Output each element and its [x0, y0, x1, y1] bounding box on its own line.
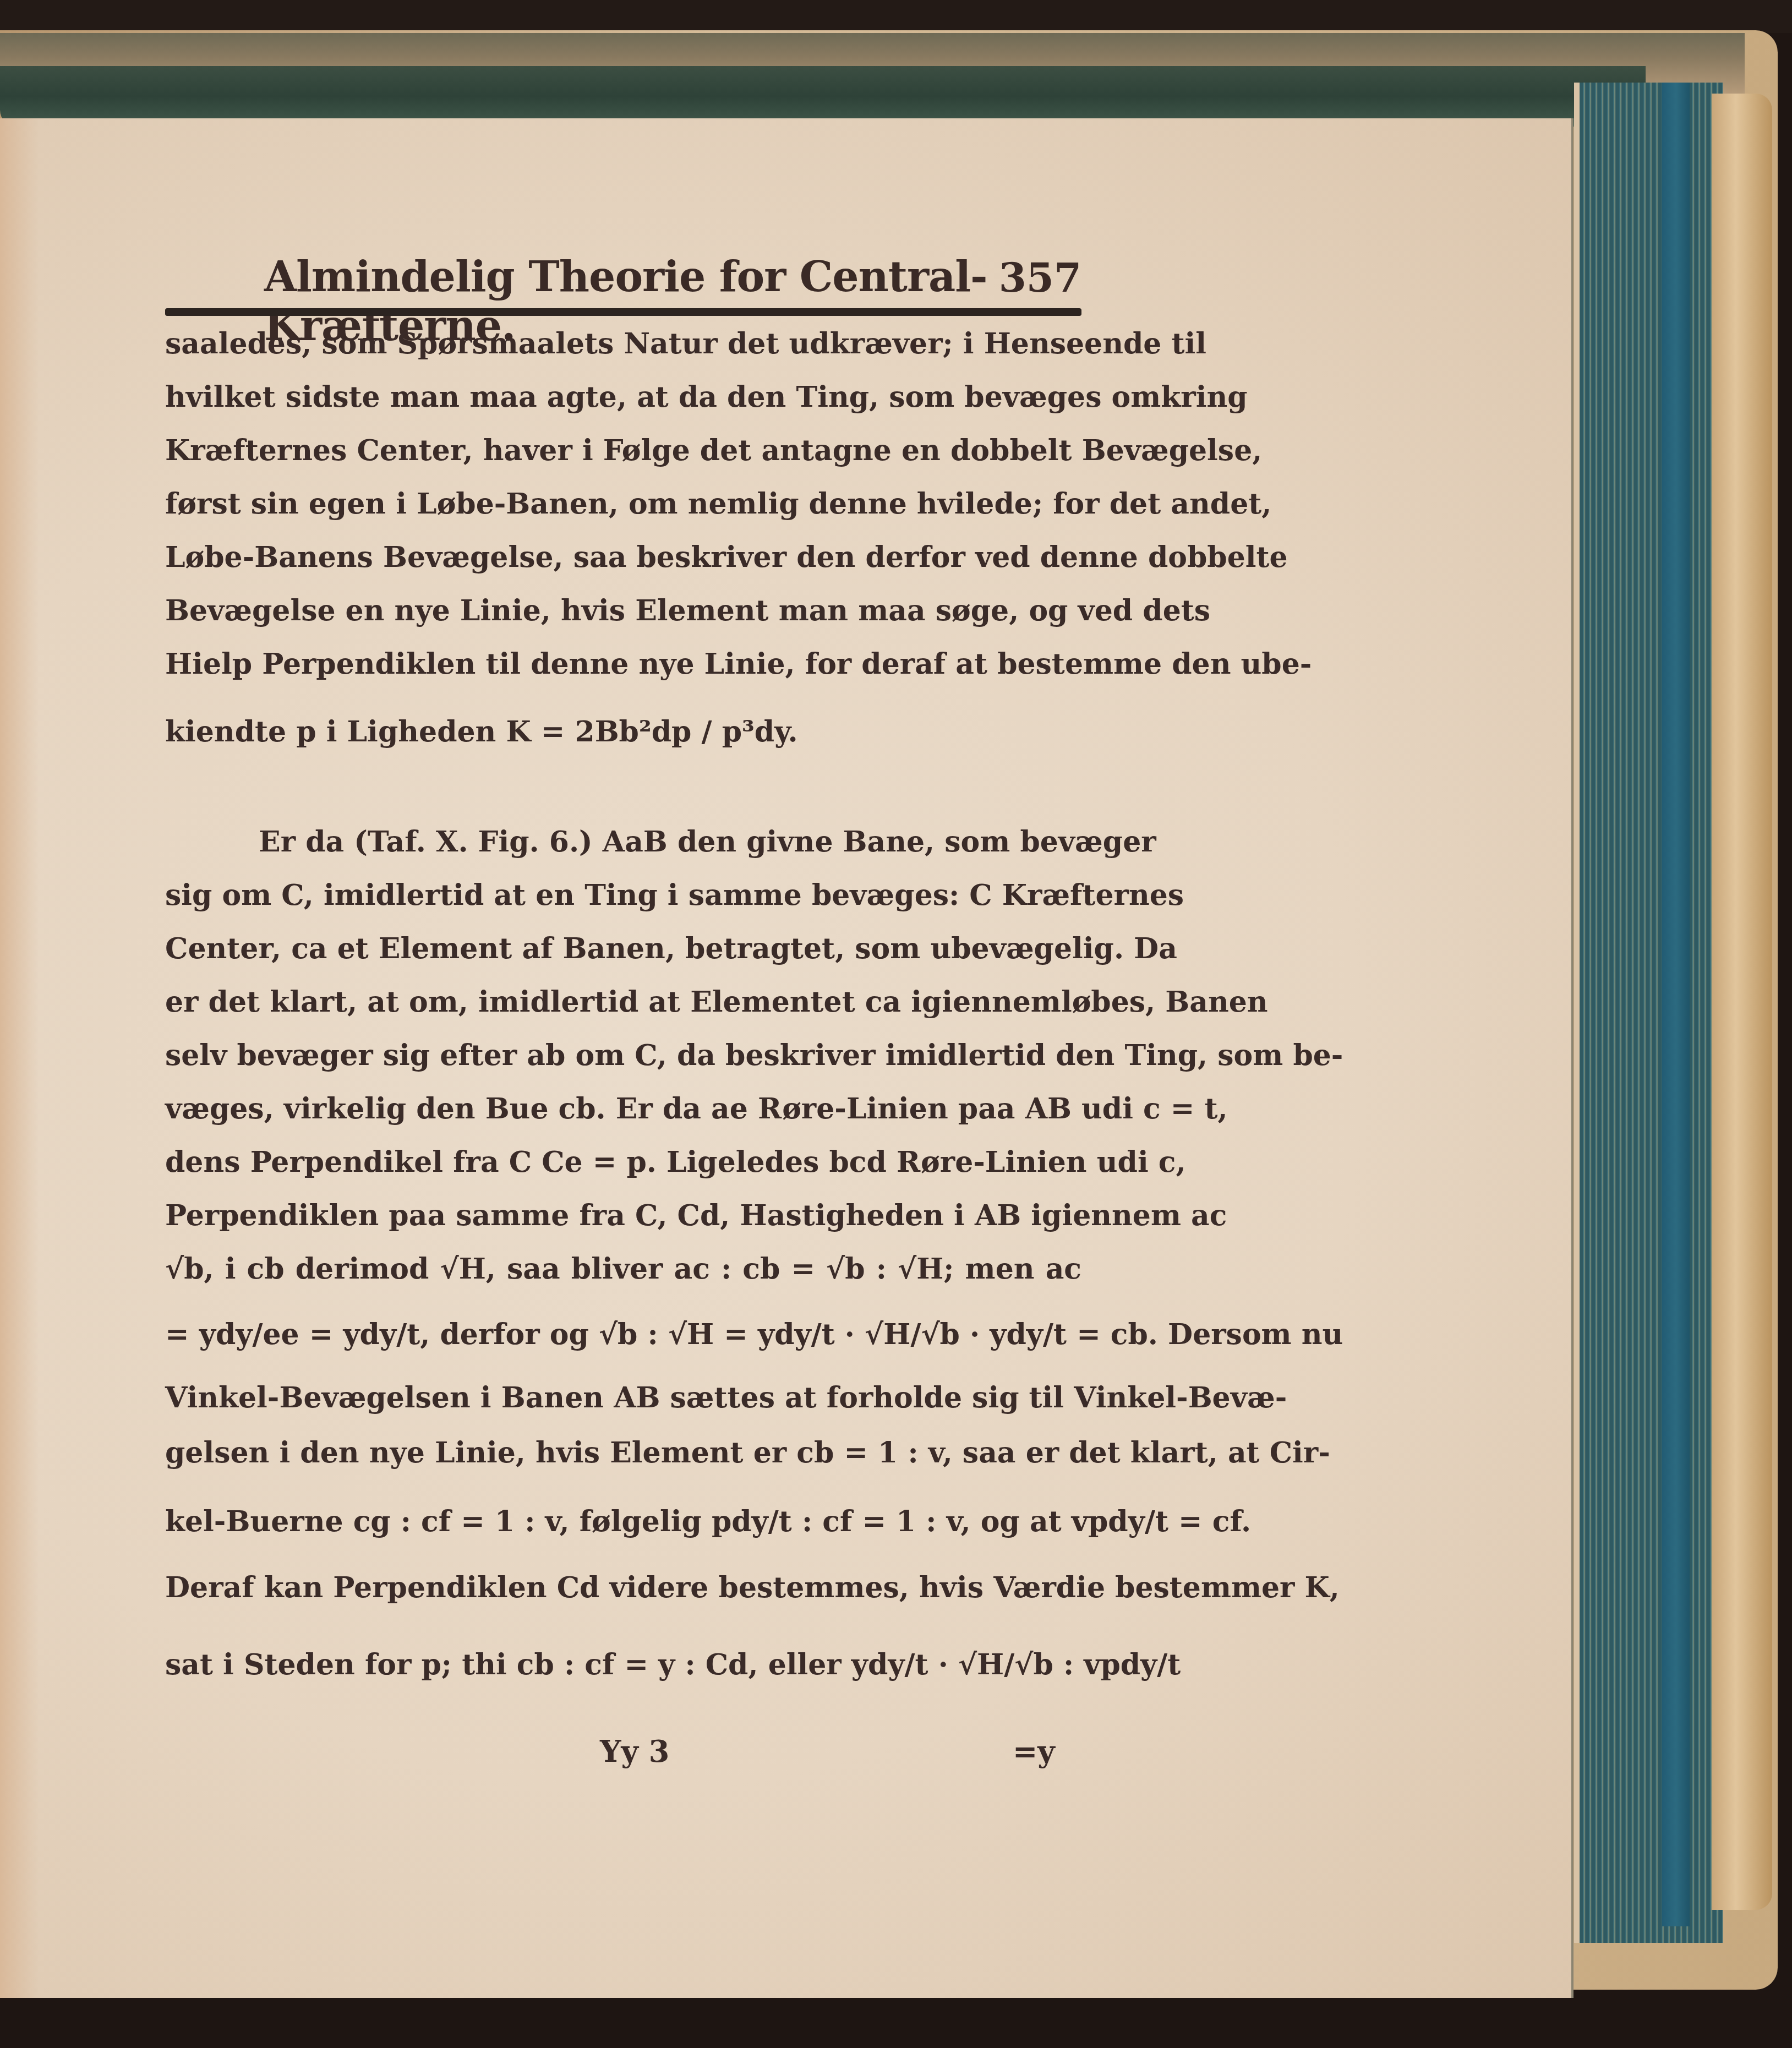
text-line: Vinkel-Bevægelsen i Banen AB sættes at f… — [165, 1381, 1081, 1415]
text-line: selv bevæger sig efter ab om C, da beskr… — [165, 1039, 1081, 1072]
text-line: sig om C, imidlertid at en Ting i samme … — [165, 879, 1081, 912]
text-line: Deraf kan Perpendiklen Cd videre bestemm… — [165, 1571, 1081, 1604]
text-line: saaledes, som Spørsmaalets Natur det udk… — [165, 327, 1081, 361]
text-line: Perpendiklen paa samme fra C, Cd, Hastig… — [165, 1199, 1081, 1232]
page-gutter — [0, 118, 39, 2001]
text-line: er det klart, at om, imidlertid at Eleme… — [165, 986, 1081, 1019]
fore-edge-blue-stripe — [1662, 83, 1690, 1926]
text-line: Hielp Perpendiklen til denne nye Linie, … — [165, 648, 1081, 681]
text-line: først sin egen i Løbe-Banen, om nemlig d… — [165, 488, 1081, 521]
running-header: Almindelig Theorie for Central-Kræfterne… — [165, 242, 1081, 303]
background-top — [0, 0, 1792, 33]
page-block-top-edge — [0, 66, 1646, 127]
header-rule — [165, 308, 1081, 316]
text-line: Kræfternes Center, haver i Følge det ant… — [165, 434, 1081, 467]
text-line: Center, ca et Element af Banen, betragte… — [165, 932, 1081, 965]
page-number: 357 — [999, 254, 1081, 301]
text-line: Løbe-Banens Bevægelse, saa beskriver den… — [165, 541, 1081, 574]
signature-mark: Yy 3 — [600, 1734, 669, 1769]
text-line: Bevægelse en nye Linie, hvis Element man… — [165, 594, 1081, 627]
text-line: Er da (Taf. X. Fig. 6.) AaB den givne Ba… — [165, 826, 1081, 859]
page-block-fore-edge — [1574, 83, 1723, 1943]
text-line: væges, virkelig den Bue cb. Er da ae Rør… — [165, 1093, 1081, 1126]
text-line: gelsen i den nye Linie, hvis Element er … — [165, 1437, 1081, 1470]
catchword: =y — [1013, 1734, 1055, 1769]
equation-line: kiendte p i Ligheden K = 2Bb²dp / p³dy. — [165, 716, 797, 749]
equation-line: kel-Buerne cg : cf = 1 : v, følgelig pdy… — [165, 1505, 1081, 1538]
cover-fore-edge — [1712, 94, 1772, 1910]
text-line: dens Perpendikel fra C Ce = p. Ligeledes… — [165, 1146, 1081, 1179]
background-bottom — [0, 1998, 1792, 2048]
text-line: hvilket sidste man maa agte, at da den T… — [165, 381, 1081, 414]
equation-line: sat i Steden for p; thi cb : cf = y : Cd… — [165, 1648, 1081, 1681]
text-line: √b, i cb derimod √H, saa bliver ac : cb … — [165, 1253, 1081, 1286]
equation-line: = ydy/ee = ydy/t, derfor og √b : √H = yd… — [165, 1318, 1081, 1351]
